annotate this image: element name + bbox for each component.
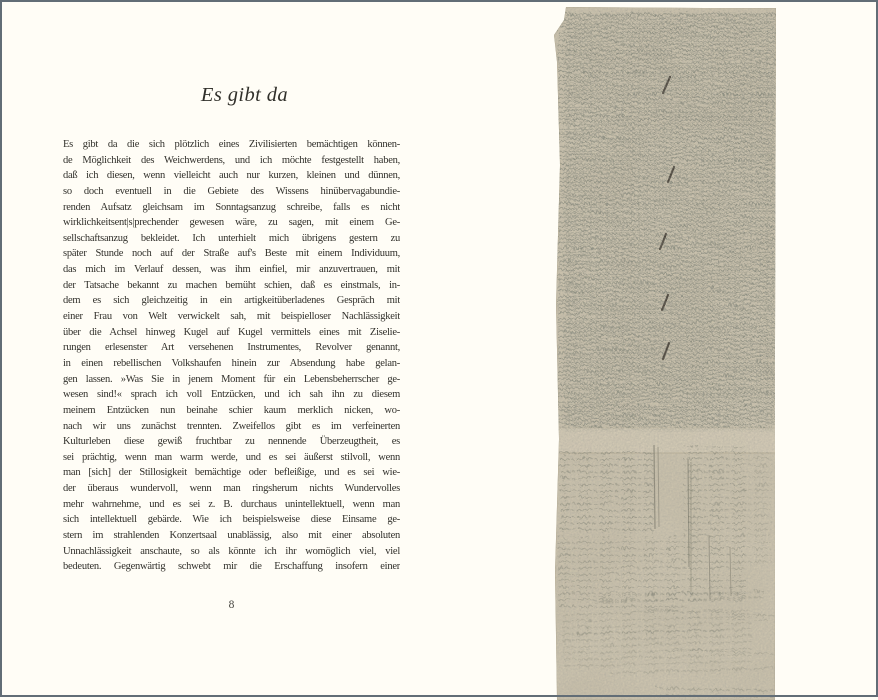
text-line: gen lassen. »Was Sie in jenem Moment für… (63, 372, 400, 388)
text-line: so doch eventuell in die Gebiete des Wis… (63, 184, 400, 200)
book-spread-screenshot: { "window": { "frame_color": "#626d76", … (0, 0, 878, 700)
text-line: später Stunde noch auf der Straße auf's … (63, 246, 400, 262)
text-line: stern im strahlenden Konzertsaal unabläs… (63, 528, 400, 544)
text-line: sei prächtig, wenn man warm werde, und e… (63, 450, 400, 466)
text-line: Kulturleben diese gewiß fruchtbar zu nen… (63, 434, 400, 450)
text-line: der überaus wundervoll, wenn man ringshe… (63, 481, 400, 497)
text-line: sich intellektuell gebärde. Wie ich beis… (63, 512, 400, 528)
page-number: 8 (63, 599, 400, 611)
text-line: sellschaftsanzug bekleidet. Ich unterhie… (63, 231, 400, 247)
body-text-block: Es gibt da die sich plötzlich eines Zivi… (63, 137, 400, 575)
text-line: einer Frau von Welt verwickelt sah, mit … (63, 309, 400, 325)
text-line: das mich im Verlauf dessen, was ihm einf… (63, 262, 400, 278)
text-line: Unnachlässigkeit anschaute, so als könnt… (63, 544, 400, 560)
text-line: über die Achsel hinweg Kugel auf Kugel v… (63, 325, 400, 341)
text-line: man [sich] der Stillosigkeit bemächtige … (63, 465, 400, 481)
text-line: daß ich diesen, wenn vielleicht auch nur… (63, 168, 400, 184)
text-line: rungen erlesenster Art versehenen Instru… (63, 340, 400, 356)
manuscript-facsimile (554, 7, 778, 700)
text-line: der Tatsache bekannt zu machen bemüht sc… (63, 278, 400, 294)
paper-grain (554, 7, 778, 700)
text-line: mehr wahrnehme, und es sei z. B. durchau… (63, 497, 400, 513)
text-line: renden Aufsatz gleichsam im Sonntagsanzu… (63, 200, 400, 216)
text-line: wesen sind!« sprach ich voll Entzücken, … (63, 387, 400, 403)
text-line: wirklichkeitsent|s|prechender gewesen wä… (63, 215, 400, 231)
text-line: dem es sich gleichzeitig in ein artigkei… (63, 293, 400, 309)
page-title: Es gibt da (63, 84, 426, 107)
text-line: Es gibt da die sich plötzlich eines Zivi… (63, 137, 400, 153)
text-line: in einen rebellischen Volkshaufen hinein… (63, 356, 400, 372)
text-line: bedeuten. Gegenwärtig schwebt mir die Er… (63, 559, 400, 575)
text-line: nach wir uns zunächst trennten. Zweifell… (63, 419, 400, 435)
text-line: de Möglichkeit des Weichwerdens, und ich… (63, 153, 400, 169)
text-line: meinem Entzücken nun beinahe schier kaum… (63, 403, 400, 419)
